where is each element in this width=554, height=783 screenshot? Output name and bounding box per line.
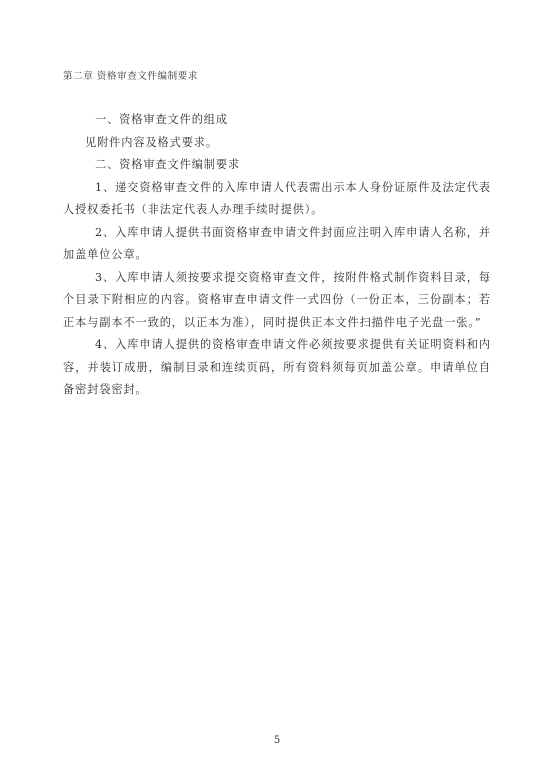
- requirement-item-2: 2、入库申请人提供书面资格审查申请文件封面应注明入库申请人名称，并加盖单位公章。: [63, 222, 491, 267]
- requirement-item-1: 1、递交资格审查文件的入库申请人代表需出示本人身份证原件及法定代表人授权委托书（…: [63, 177, 491, 222]
- section-1-heading: 一、资格审查文件的组成: [63, 109, 491, 132]
- requirement-item-3: 3、入库申请人须按要求提交资格审查文件，按附件格式制作资料目录，每个目录下附相应…: [63, 267, 491, 335]
- document-page: 第二章 资格审查文件编制要求 一、资格审查文件的组成 见附件内容及格式要求。 二…: [0, 0, 554, 783]
- section-1-body: 见附件内容及格式要求。: [63, 132, 491, 155]
- chapter-header: 第二章 资格审查文件编制要求: [63, 68, 198, 82]
- section-2-heading: 二、资格审查文件编制要求: [63, 154, 491, 177]
- page-number: 5: [0, 735, 554, 746]
- document-body: 一、资格审查文件的组成 见附件内容及格式要求。 二、资格审查文件编制要求 1、递…: [63, 109, 491, 402]
- requirement-item-4: 4、入库申请人提供的资格审查申请文件必须按要求提供有关证明资料和内容，并装订成册…: [63, 334, 491, 402]
